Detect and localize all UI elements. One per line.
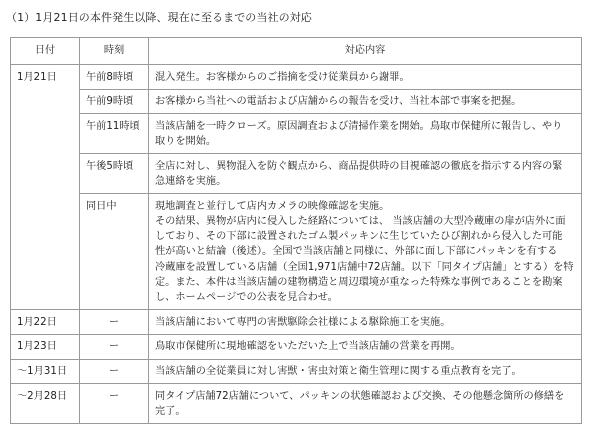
content-line: 鳥取市保健所に現地確認をいただいた上で当該店舗の営業を再開。 [155, 339, 575, 354]
content-line: 混入発生。お客様からのご指摘を受け従業員から謝罪。 [155, 70, 575, 85]
content-line: 取りを開始。 [155, 134, 575, 149]
time-cell: ー [80, 359, 149, 384]
content-cell: 鳥取市保健所に現地確認をいただいた上で当該店舗の営業を再開。 [149, 334, 582, 359]
table-header-row: 日付 時刻 対応内容 [11, 38, 582, 65]
time-cell: ー [80, 384, 149, 424]
section-title: （1）1月21日の本件発生以降、現在に至るまでの当社の対応 [6, 9, 312, 25]
content-cell: 同タイプ店舗72店舗について、パッキンの状態確認および交換、その他懸念箇所の修繕… [149, 384, 582, 424]
content-line: 同タイプ店舗72店舗について、パッキンの状態確認および交換、その他懸念箇所の修繕… [155, 389, 575, 404]
response-timeline-table: 日付 時刻 対応内容 1月21日 午前8時頃 混入発生。お客様からのご指摘を受け… [10, 37, 582, 424]
content-line: 当該店舗の全従業員に対し害獣・害虫対策と衛生管理に関する重点教育を完了。 [155, 364, 575, 379]
date-cell: 1月23日 [11, 334, 80, 359]
content-line: 定。また、本件は当該店舗の建物構造と周辺環境が重なった特殊な事例であることを勘案 [155, 275, 575, 290]
table-row: 午前9時頃 お客様から当社への電話および店舗からの報告を受け、当社本部で事案を把… [11, 89, 582, 114]
table-row: 同日中 現地調査と並行して店内カメラの映像確認を実施。 その結果、異物が店内に侵… [11, 194, 582, 310]
time-cell: 午後5時頃 [80, 154, 149, 194]
content-line: 当該店舗を一時クローズ。原因調査および清掃作業を開始。鳥取市保健所に報告し、やり [155, 119, 575, 134]
table-row: 1月22日 ー 当該店舗において専門の害獣駆除会社様による駆除施工を実施。 [11, 310, 582, 335]
content-line: 現地調査と並行して店内カメラの映像確認を実施。 [155, 199, 575, 214]
content-line: 全店に対し、異物混入を防ぐ観点から、商品提供時の目視確認の徹底を指示する内容の緊 [155, 159, 575, 174]
table-row: ～1月31日 ー 当該店舗の全従業員に対し害獣・害虫対策と衛生管理に関する重点教… [11, 359, 582, 384]
table-row: ～2月28日 ー 同タイプ店舗72店舗について、パッキンの状態確認および交換、そ… [11, 384, 582, 424]
content-line: 完了。 [155, 404, 575, 419]
content-cell: 混入発生。お客様からのご指摘を受け従業員から謝罪。 [149, 65, 582, 90]
content-cell: 当該店舗の全従業員に対し害獣・害虫対策と衛生管理に関する重点教育を完了。 [149, 359, 582, 384]
content-line: お客様から当社への電話および店舗からの報告を受け、当社本部で事案を把握。 [155, 94, 575, 109]
date-cell: ～1月31日 [11, 359, 80, 384]
date-cell: ～2月28日 [11, 384, 80, 424]
content-cell: 当該店舗において専門の害獣駆除会社様による駆除施工を実施。 [149, 310, 582, 335]
time-cell: 同日中 [80, 194, 149, 310]
content-line: し、ホームページでの公表を見合わせ。 [155, 290, 575, 305]
header-date: 日付 [11, 38, 80, 65]
content-cell: 全店に対し、異物混入を防ぐ観点から、商品提供時の目視確認の徹底を指示する内容の緊… [149, 154, 582, 194]
content-cell: 現地調査と並行して店内カメラの映像確認を実施。 その結果、異物が店内に侵入した経… [149, 194, 582, 310]
header-content: 対応内容 [149, 38, 582, 65]
table-row: 午前11時頃 当該店舗を一時クローズ。原因調査および清掃作業を開始。鳥取市保健所… [11, 114, 582, 154]
date-cell: 1月22日 [11, 310, 80, 335]
content-cell: お客様から当社への電話および店舗からの報告を受け、当社本部で事案を把握。 [149, 89, 582, 114]
time-cell: 午前9時頃 [80, 89, 149, 114]
content-line: 当該店舗において専門の害獣駆除会社様による駆除施工を実施。 [155, 315, 575, 330]
time-cell: ー [80, 334, 149, 359]
table-row: 1月21日 午前8時頃 混入発生。お客様からのご指摘を受け従業員から謝罪。 [11, 65, 582, 90]
content-line: 急連絡を実施。 [155, 174, 575, 189]
content-line: 性が高いと結論（後述）。全国で当該店舗と同様に、外部に面し下部にパッキンを有する [155, 244, 575, 259]
date-cell: 1月21日 [11, 65, 80, 310]
table-row: 午後5時頃 全店に対し、異物混入を防ぐ観点から、商品提供時の目視確認の徹底を指示… [11, 154, 582, 194]
header-time: 時刻 [80, 38, 149, 65]
content-line: しており、その下部に設置されたゴム製パッキンに生じていたひび割れから侵入した可能 [155, 229, 575, 244]
content-cell: 当該店舗を一時クローズ。原因調査および清掃作業を開始。鳥取市保健所に報告し、やり… [149, 114, 582, 154]
time-cell: 午前11時頃 [80, 114, 149, 154]
content-line: その結果、異物が店内に侵入した経路については、 当該店舗の大型冷蔵庫の扉が店外に… [155, 214, 575, 229]
table-row: 1月23日 ー 鳥取市保健所に現地確認をいただいた上で当該店舗の営業を再開。 [11, 334, 582, 359]
time-cell: ー [80, 310, 149, 335]
time-cell: 午前8時頃 [80, 65, 149, 90]
content-line: 冷蔵庫を設置している店舗（全国1,971店舗中72店舗。以下「同タイプ店舗」とす… [155, 260, 575, 275]
